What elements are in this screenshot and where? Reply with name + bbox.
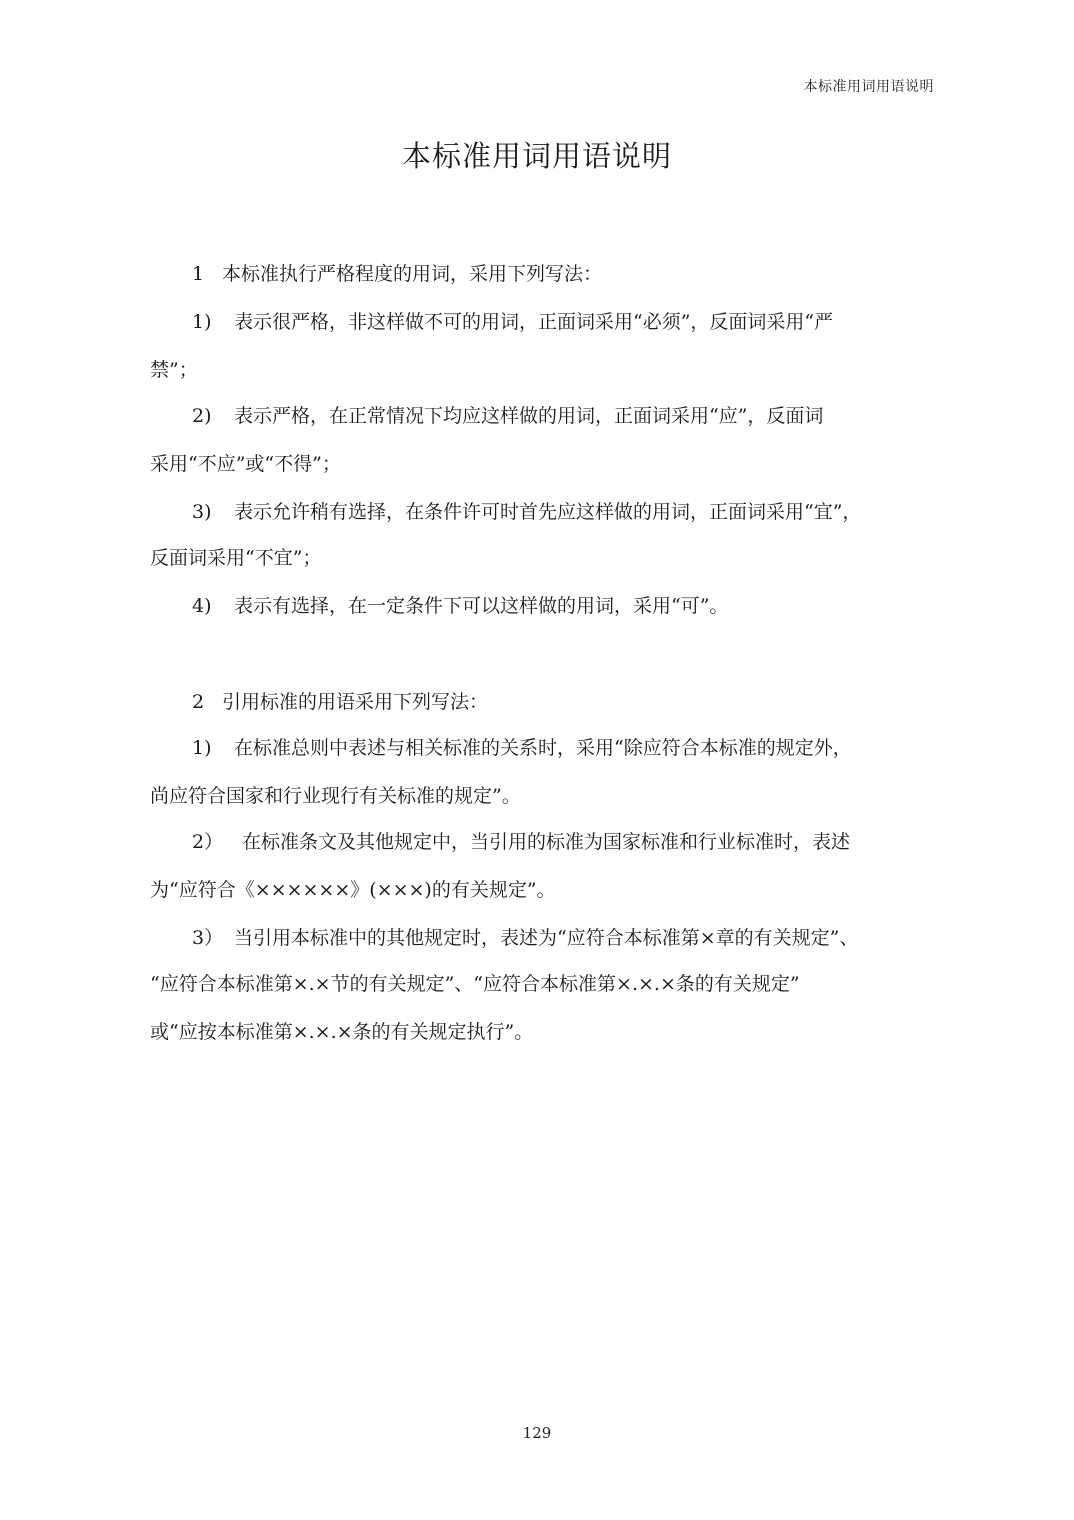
item-text: 在标准总则中表述与相关标准的关系时，采用“除应符合本标准的规定外， — [234, 737, 852, 759]
list-item: 3）当引用本标准中的其他规定时，表述为“应符合本标准第×章的有关规定”、 — [192, 926, 982, 950]
item-text: 表示很严格，非这样做不可的用词，正面词采用“必须”，反面词采用“严 — [234, 311, 833, 333]
list-item: 4)表示有选择，在一定条件下可以这样做的用词，采用“可”。 — [192, 594, 982, 618]
section-1-heading: 1本标准执行严格程度的用词，采用下列写法： — [192, 262, 982, 286]
item-text: 表示有选择，在一定条件下可以这样做的用词，采用“可”。 — [234, 595, 728, 617]
list-item: 1)在标准总则中表述与相关标准的关系时，采用“除应符合本标准的规定外， — [192, 736, 982, 760]
item-number: 1) — [192, 736, 234, 760]
item-continuation: 反面词采用“不宜”； — [150, 546, 940, 570]
list-item: 2)表示严格，在正常情况下均应这样做的用词，正面词采用“应”，反面词 — [192, 404, 982, 428]
item-number: 3) — [192, 500, 234, 524]
item-continuation: “应符合本标准第×.×节的有关规定”、“应符合本标准第×.×.×条的有关规定” — [150, 972, 940, 996]
item-continuation: 禁”； — [150, 358, 940, 382]
page-number: 129 — [0, 1424, 1074, 1442]
item-text: 当引用本标准中的其他规定时，表述为“应符合本标准第×章的有关规定”、 — [234, 927, 858, 949]
item-continuation: 或“应按本标准第×.×.×条的有关规定执行”。 — [150, 1020, 940, 1044]
item-number: 2） — [192, 830, 242, 854]
page-title: 本标准用词用语说明 — [0, 134, 1074, 175]
item-text: 表示严格，在正常情况下均应这样做的用词，正面词采用“应”，反面词 — [234, 405, 823, 427]
section-2-heading: 2引用标准的用语采用下列写法： — [192, 690, 982, 714]
section-heading-text: 本标准执行严格程度的用词，采用下列写法： — [222, 263, 602, 285]
list-item: 2）在标准条文及其他规定中，当引用的标准为国家标准和行业标准时，表述 — [192, 830, 982, 854]
item-continuation: 采用“不应”或“不得”； — [150, 452, 940, 476]
item-number: 4) — [192, 594, 234, 618]
list-item: 1)表示很严格，非这样做不可的用词，正面词采用“必须”，反面词采用“严 — [192, 310, 982, 334]
section-number: 1 — [192, 262, 222, 286]
section-number: 2 — [192, 690, 222, 714]
item-number: 3） — [192, 926, 234, 950]
item-continuation: 为“应符合《××××××》(×××)的有关规定”。 — [150, 878, 940, 902]
list-item: 3)表示允许稍有选择，在条件许可时首先应这样做的用词，正面词采用“宜”， — [192, 500, 982, 524]
running-header: 本标准用词用语说明 — [804, 76, 935, 96]
item-number: 2) — [192, 404, 234, 428]
item-continuation: 尚应符合国家和行业现行有关标准的规定”。 — [150, 784, 940, 808]
item-number: 1) — [192, 310, 234, 334]
section-heading-text: 引用标准的用语采用下列写法： — [222, 691, 488, 713]
item-text: 表示允许稍有选择，在条件许可时首先应这样做的用词，正面词采用“宜”， — [234, 501, 861, 523]
item-text: 在标准条文及其他规定中，当引用的标准为国家标准和行业标准时，表述 — [242, 831, 850, 853]
